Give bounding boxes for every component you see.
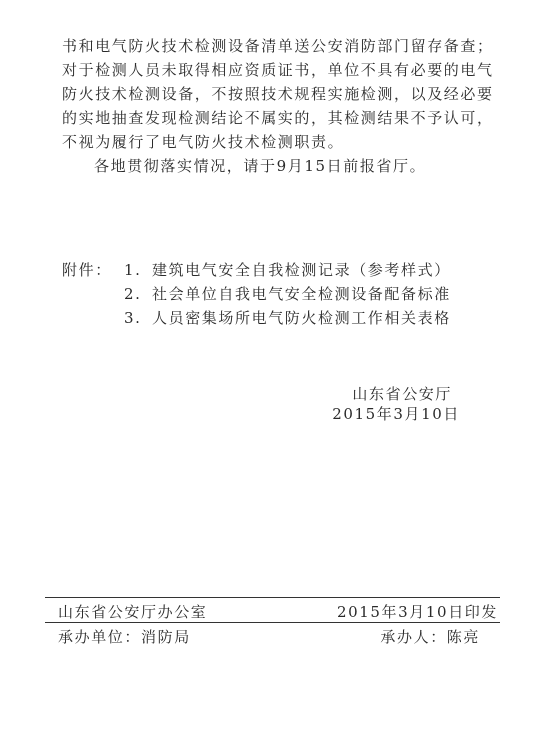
footer-top-rule (45, 597, 500, 598)
attachment-item: 3.人员密集场所电气防火检测工作相关表格 (62, 306, 451, 330)
attachment-number: 3. (124, 306, 152, 330)
footer-issue-row: 山东省公安厅办公室 2015年3月10日印发 (58, 601, 498, 622)
footer-handler-row: 承办单位：消防局 承办人：陈亮 (58, 626, 498, 647)
attachment-number: 2. (124, 282, 152, 306)
attachment-title: 社会单位自我电气安全检测设备配备标准 (152, 285, 451, 303)
body-text: 书和电气防火技术检测设备清单送公安消防部门留存备查； 对于检测人员未取得相应资质… (62, 34, 502, 178)
attachment-title: 人员密集场所电气防火检测工作相关表格 (152, 309, 451, 327)
signature-org: 山东省公安厅 (332, 384, 460, 404)
closing-line: 各地贯彻落实情况，请于9月15日前报省厅。 (62, 154, 502, 178)
signature-date: 2015年3月10日 (332, 404, 460, 424)
body-line: 不视为履行了电气防火技术检测职责。 (62, 130, 502, 154)
attachment-number: 1. (124, 258, 152, 282)
attachments-list: 附件：1.建筑电气安全自我检测记录（参考样式） 2.社会单位自我电气安全检测设备… (62, 258, 451, 330)
body-line: 的实地抽查发现检测结论不属实的，其检测结果不予认可， (62, 106, 502, 130)
body-line: 书和电气防火技术检测设备清单送公安消防部门留存备查； (62, 34, 502, 58)
attachments-label: 附件： (62, 258, 124, 282)
footer-middle-rule (45, 622, 500, 623)
attachment-item: 附件：1.建筑电气安全自我检测记录（参考样式） (62, 258, 451, 282)
undertaking-unit: 承办单位：消防局 (58, 626, 191, 647)
body-line: 对于检测人员未取得相应资质证书，单位不具有必要的电气 (62, 58, 502, 82)
issuer: 山东省公安厅办公室 (58, 601, 207, 622)
attachment-item: 2.社会单位自我电气安全检测设备配备标准 (62, 282, 451, 306)
attachment-title: 建筑电气安全自我检测记录（参考样式） (152, 261, 451, 279)
handler: 承办人：陈亮 (380, 626, 498, 647)
issue-date: 2015年3月10日印发 (337, 601, 498, 622)
body-line: 防火技术检测设备，不按照技术规程实施检测，以及经必要 (62, 82, 502, 106)
signature-block: 山东省公安厅 2015年3月10日 (332, 384, 460, 424)
